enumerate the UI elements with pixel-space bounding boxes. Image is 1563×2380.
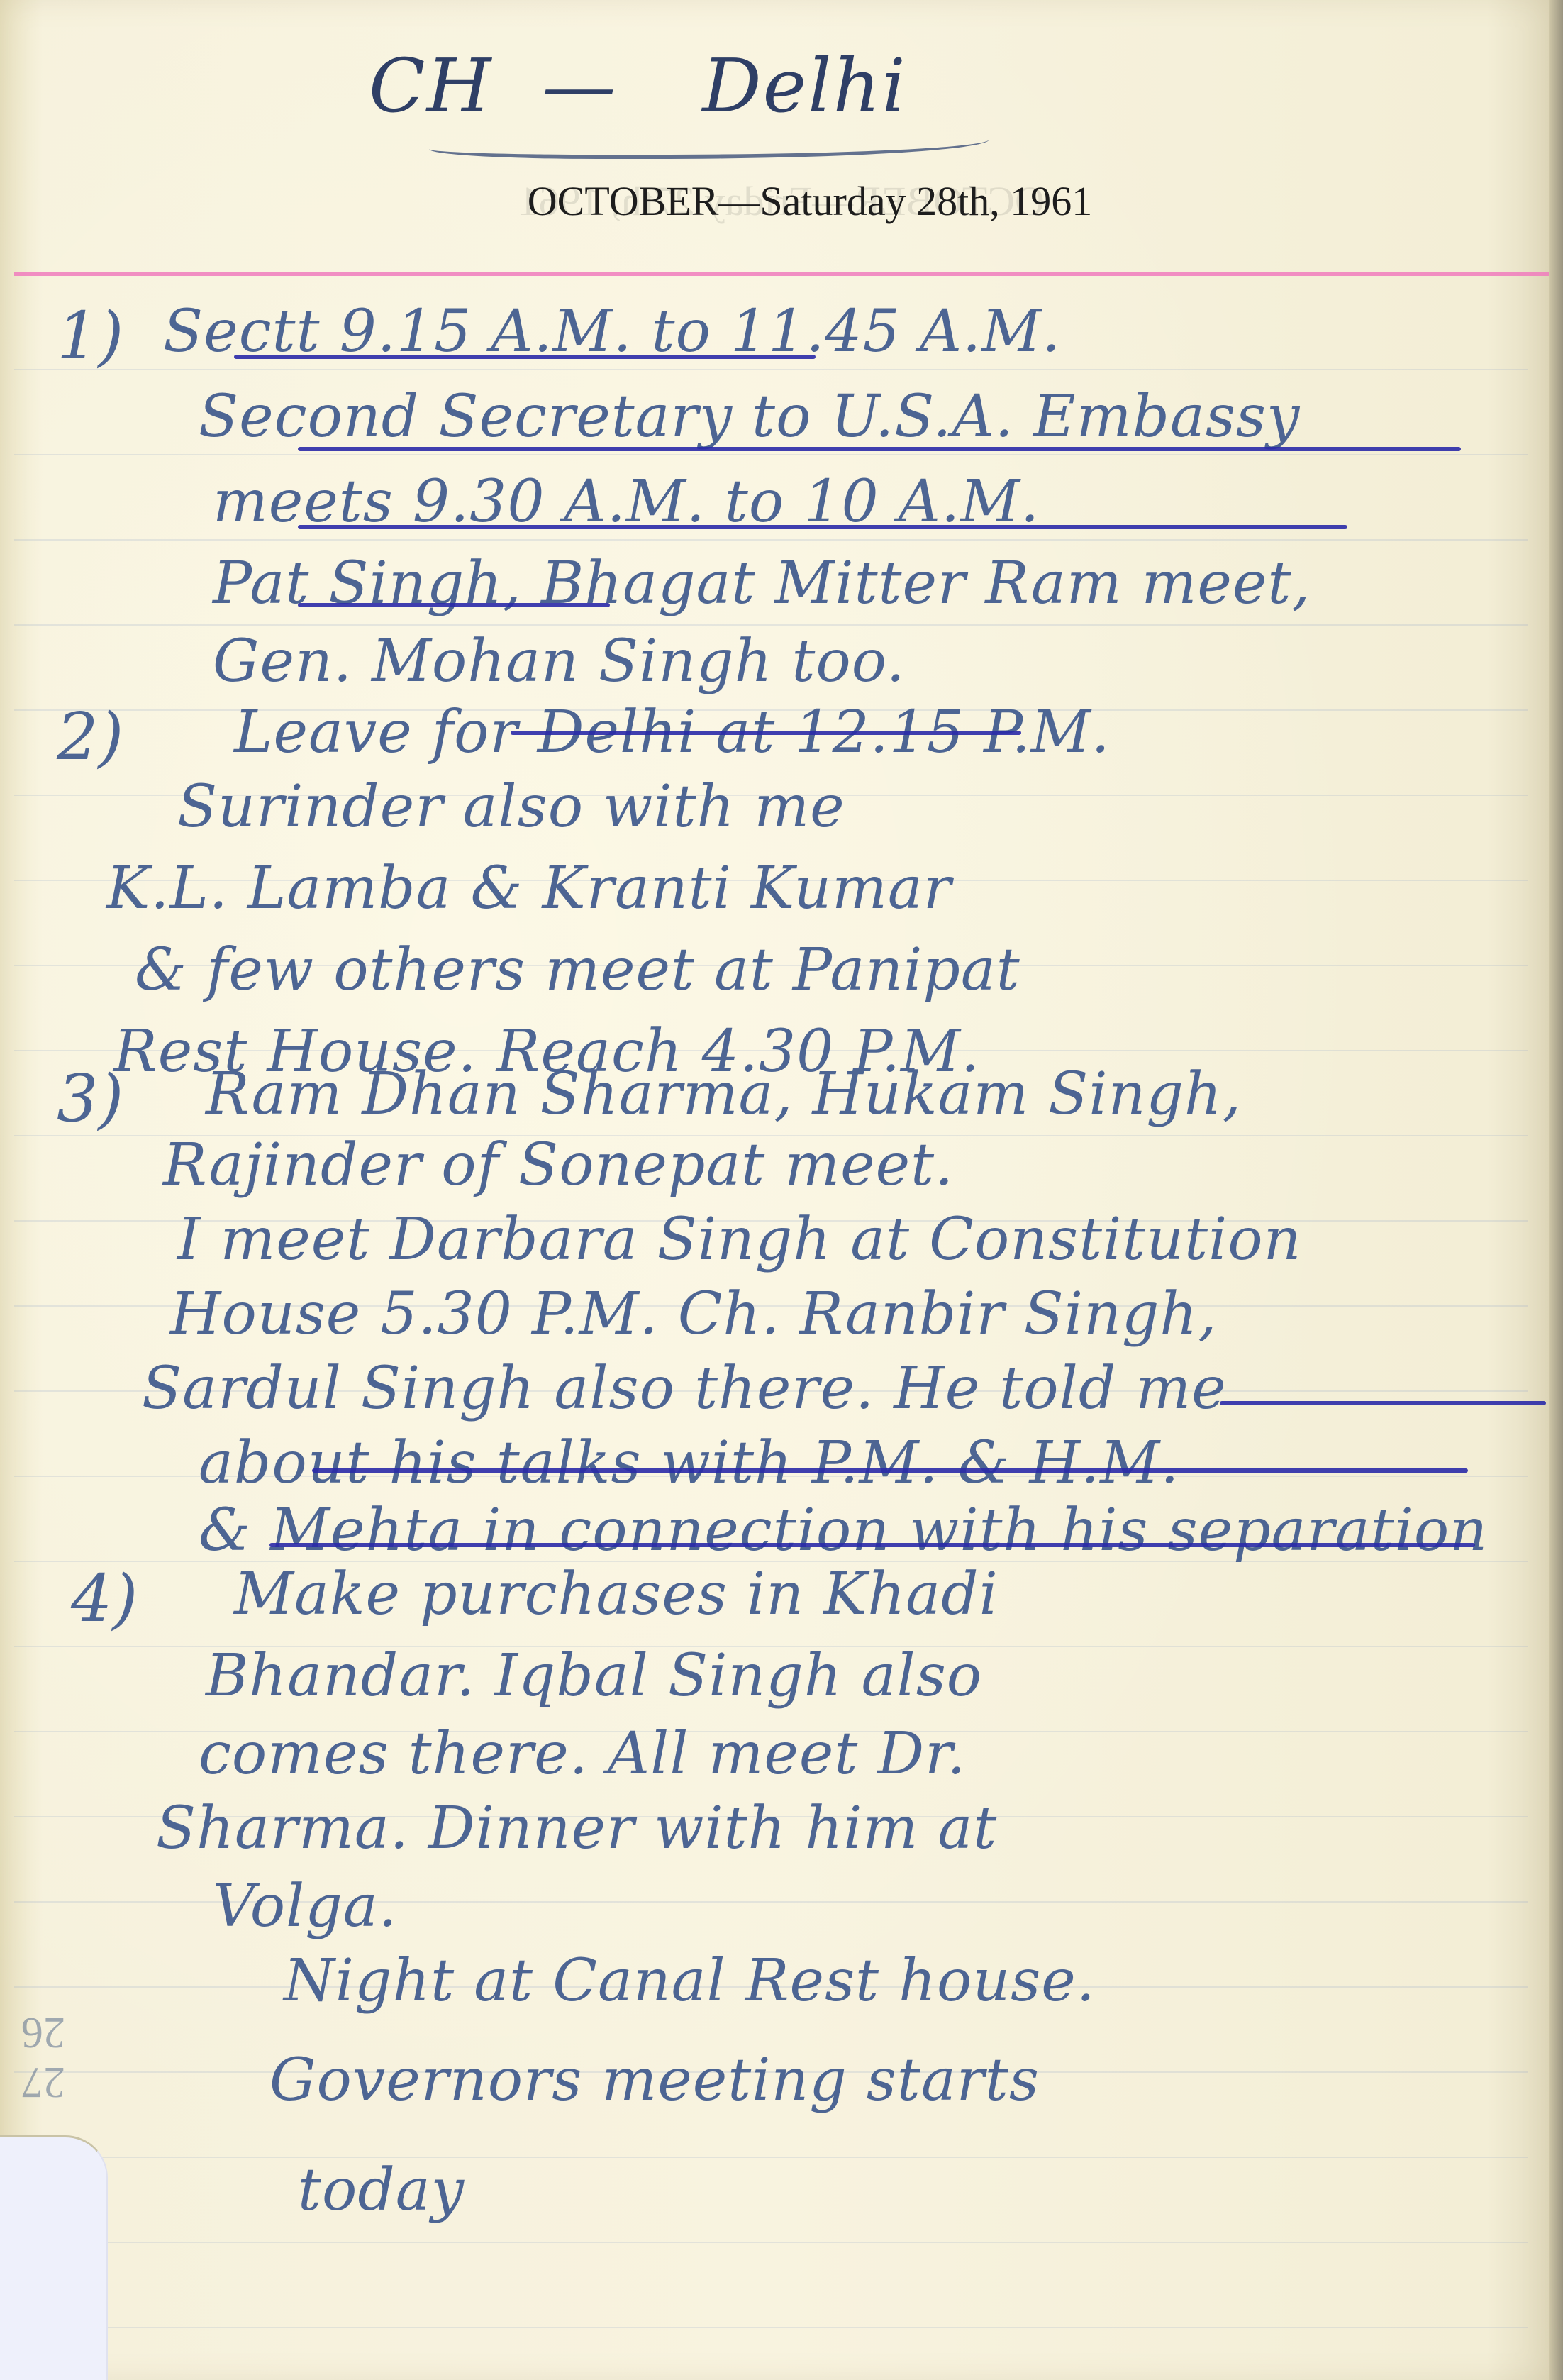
margin-number: 26 — [21, 2008, 65, 2057]
footer-note-line: today — [298, 2157, 465, 2224]
header-underline — [429, 126, 989, 159]
ink-underline — [269, 1543, 1475, 1547]
entry-line: Bhandar. Iqbal Singh also — [206, 1642, 982, 1710]
diary-page: CH—Delhi OCTOBER—Friday 27th, 1961 OCTOB… — [0, 0, 1549, 2380]
backing-sheet-corner — [0, 2135, 108, 2380]
entry-line: Rajinder of Sonepat meet. — [163, 1131, 954, 1199]
header-right: Delhi — [702, 43, 906, 129]
entry-line: K.L. Lamba & Kranti Kumar — [106, 855, 952, 922]
ink-underline — [298, 525, 1347, 529]
entry-line: Sharma. Dinner with him at — [156, 1795, 997, 1862]
ink-underline — [298, 603, 610, 607]
ink-underline — [298, 447, 1461, 451]
entry-line: Ram Dhan Sharma, Hukam Singh, — [206, 1061, 1242, 1128]
ruled-line — [14, 624, 1528, 626]
entry-number: 4) — [71, 1561, 138, 1637]
entry-number: 2) — [57, 699, 123, 775]
page-edge — [1549, 0, 1563, 2380]
ruled-line — [14, 2327, 1528, 2328]
entry-line: Volga. — [213, 1873, 398, 1940]
entry-line: comes there. All meet Dr. — [199, 1720, 966, 1788]
ruled-line — [14, 2242, 1528, 2243]
margin-page-numbers: 27 26 — [21, 2008, 65, 2107]
ruled-line — [14, 369, 1528, 370]
entry-line: Sardul Singh also there. He told me — [142, 1355, 1227, 1422]
ruled-line — [14, 454, 1528, 455]
ink-underline — [234, 355, 816, 359]
ink-underline — [511, 731, 1021, 735]
entry-line: & Mehta in connection with his separatio… — [199, 1497, 1488, 1564]
entry-line: Night at Canal Rest house. — [284, 1947, 1096, 2015]
ink-underline — [1220, 1401, 1546, 1405]
margin-number: 27 — [21, 2057, 65, 2107]
ink-underline — [312, 1468, 1468, 1473]
header-rule — [14, 272, 1549, 276]
entry-line: Make purchases in Khadi — [234, 1561, 999, 1628]
handwritten-header: CH—Delhi — [369, 43, 907, 129]
header-dash: — — [542, 43, 617, 129]
entry-line: House 5.30 P.M. Ch. Ranbir Singh, — [170, 1280, 1217, 1348]
entry-line: Surinder also with me — [177, 773, 845, 841]
entry-line: & few others meet at Panipat — [135, 936, 1020, 1004]
entry-line: about his talks with P.M. & H.M. — [199, 1429, 1179, 1497]
entry-line: I meet Darbara Singh at Constitution — [177, 1206, 1301, 1273]
footer-note-line: Governors meeting starts — [269, 2047, 1040, 2114]
entry-line: Gen. Mohan Singh too. — [213, 628, 906, 695]
printed-date: OCTOBER—Saturday 28th, 1961 — [0, 177, 1563, 225]
header-left: CH — [369, 43, 492, 129]
ruled-line — [14, 2157, 1528, 2158]
entry-number: 3) — [57, 1061, 123, 1136]
entry-line: Second Secretary to U.S.A. Embassy — [199, 383, 1300, 450]
entry-number: 1) — [57, 298, 123, 374]
ruled-line — [14, 539, 1528, 541]
